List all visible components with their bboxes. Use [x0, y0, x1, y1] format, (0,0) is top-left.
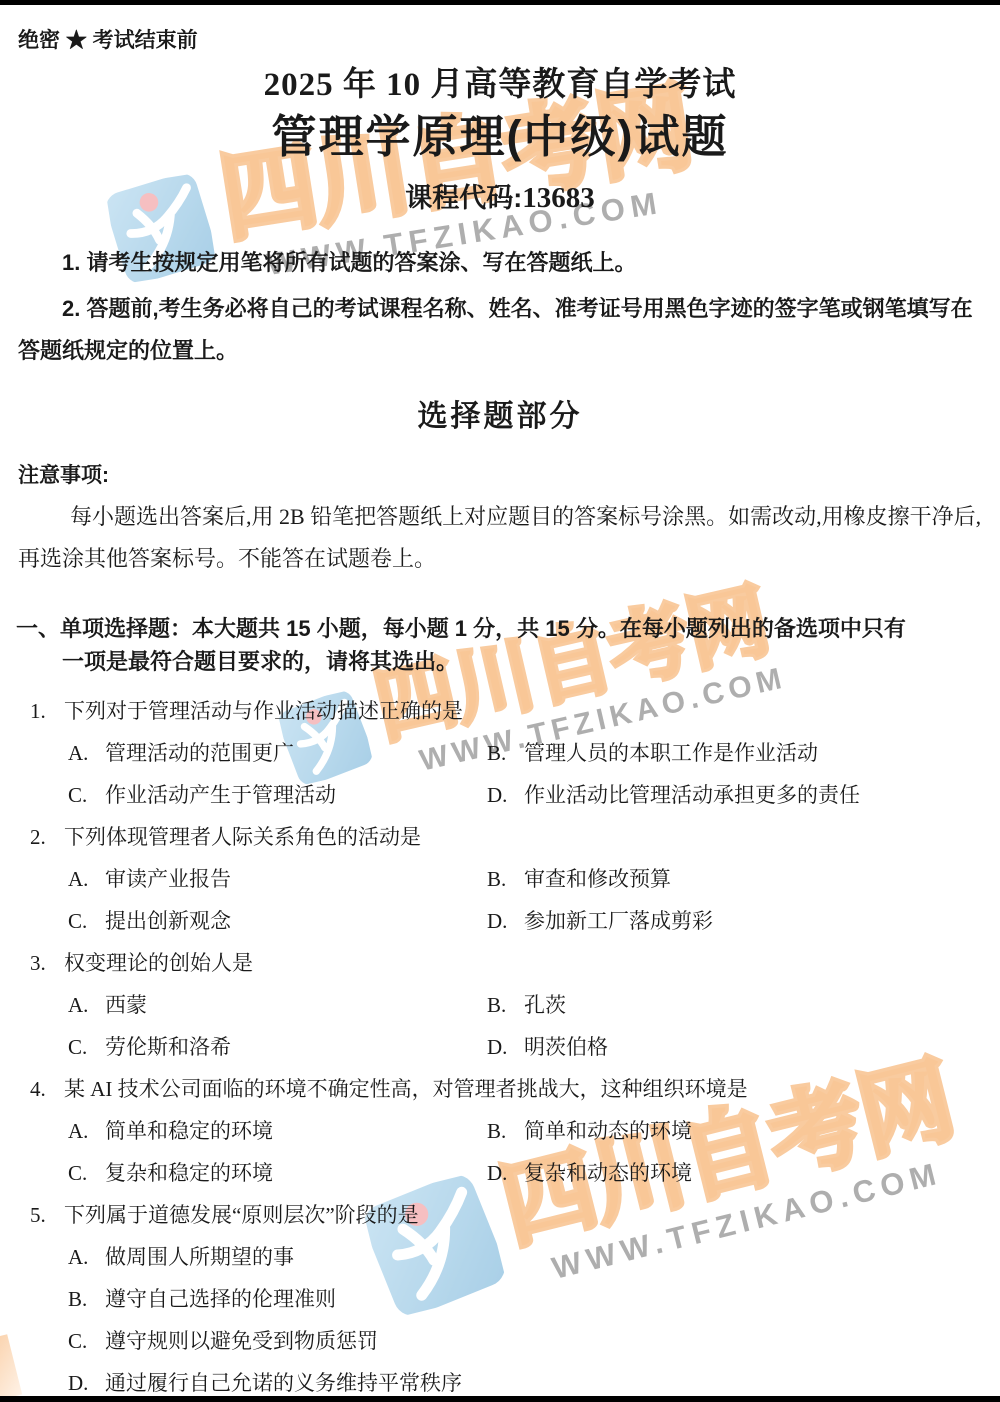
exam-session-title: 2025 年 10 月高等教育自学考试: [0, 58, 1000, 105]
question-line: 5.下列属于道德发展“原则层次”阶段的是: [30, 1194, 985, 1236]
option-label: C.: [68, 1152, 105, 1194]
option-label: D.: [487, 1026, 524, 1068]
question-block: 4.某 AI 技术公司面临的环境不确定性高，对管理者挑战大，这种组织环境是 A.…: [30, 1068, 985, 1194]
option-label: B.: [68, 1278, 105, 1320]
option-label: A.: [68, 984, 105, 1026]
option-text: 审读产业报告: [105, 867, 231, 891]
option-text: 西蒙: [105, 993, 147, 1017]
option-row: A.简单和稳定的环境 B.简单和动态的环境: [30, 1110, 985, 1152]
question-number: 5.: [30, 1194, 64, 1236]
option-label: D.: [487, 1152, 524, 1194]
option: A.做周围人所期望的事: [68, 1236, 985, 1278]
general-instructions: 1. 请考生按规定用笔将所有试题的答案涂、写在答题纸上。 2. 答题前,考生务必…: [18, 242, 985, 372]
question-block: 3.权变理论的创始人是 A.西蒙 B.孔茨 C.劳伦斯和洛希 D.明茨伯格: [30, 942, 985, 1068]
option-row: A.西蒙 B.孔茨: [30, 984, 985, 1026]
question-number: 2.: [30, 816, 64, 858]
option: D.参加新工厂落成剪彩: [487, 900, 985, 942]
question-number: 4.: [30, 1068, 64, 1110]
option: B.遵守自己选择的伦理准则: [68, 1278, 985, 1320]
option: C.作业活动产生于管理活动: [68, 774, 487, 816]
option-label: D.: [487, 900, 524, 942]
course-code-value: 13683: [522, 182, 595, 214]
option-label: A.: [68, 732, 105, 774]
option-row: D.通过履行自己允诺的义务维持平常秩序: [30, 1362, 985, 1402]
option: C.提出创新观念: [68, 900, 487, 942]
option: A.西蒙: [68, 984, 487, 1026]
option: C.劳伦斯和洛希: [68, 1026, 487, 1068]
option: B.简单和动态的环境: [487, 1110, 985, 1152]
option-row: A.做周围人所期望的事: [30, 1236, 985, 1278]
course-code: 课程代码:13683: [0, 176, 1000, 215]
option-text: 简单和动态的环境: [524, 1119, 692, 1143]
option: B.孔茨: [487, 984, 985, 1026]
option-text: 复杂和稳定的环境: [105, 1161, 273, 1185]
option-text: 提出创新观念: [105, 909, 231, 933]
watermark-fragment: [0, 1334, 22, 1399]
option: D.复杂和动态的环境: [487, 1152, 985, 1194]
option-row: C.复杂和稳定的环境 D.复杂和动态的环境: [30, 1152, 985, 1194]
option-text: 孔茨: [524, 993, 566, 1017]
question-text: 某 AI 技术公司面临的环境不确定性高，对管理者挑战大，这种组织环境是: [64, 1077, 748, 1101]
option: D.通过履行自己允诺的义务维持平常秩序: [68, 1362, 985, 1402]
option: D.明茨伯格: [487, 1026, 985, 1068]
option-label: A.: [68, 1110, 105, 1152]
paper-title: 管理学原理(中级)试题: [0, 100, 1000, 165]
option-label: B.: [487, 1110, 524, 1152]
option-text: 作业活动比管理活动承担更多的责任: [524, 783, 860, 807]
option-text: 管理人员的本职工作是作业活动: [524, 741, 818, 765]
option-text: 审查和修改预算: [524, 867, 671, 891]
option-text: 参加新工厂落成剪彩: [524, 909, 713, 933]
option-label: A.: [68, 1236, 105, 1278]
option-row: A.审读产业报告 B.审查和修改预算: [30, 858, 985, 900]
option-row: C.遵守规则以避免受到物质惩罚: [30, 1320, 985, 1362]
option-text: 劳伦斯和洛希: [105, 1035, 231, 1059]
option-text: 做周围人所期望的事: [105, 1245, 294, 1269]
notice-label: 注意事项:: [18, 459, 109, 489]
option: C.复杂和稳定的环境: [68, 1152, 487, 1194]
option-text: 复杂和动态的环境: [524, 1161, 692, 1185]
option: A.管理活动的范围更广: [68, 732, 487, 774]
instruction-item: 1. 请考生按规定用笔将所有试题的答案涂、写在答题纸上。: [18, 242, 985, 284]
option: B.审查和修改预算: [487, 858, 985, 900]
question-text: 下列属于道德发展“原则层次”阶段的是: [64, 1203, 419, 1227]
question-line: 4.某 AI 技术公司面临的环境不确定性高，对管理者挑战大，这种组织环境是: [30, 1068, 985, 1110]
question-number: 1.: [30, 690, 64, 732]
exam-paper-page: 四川自考网 WWW.TFZIKAO.COM 四川自考网: [0, 0, 1000, 1402]
question-block: 2.下列体现管理者人际关系角色的活动是 A.审读产业报告 B.审查和修改预算 C…: [30, 816, 985, 942]
question-text: 下列对于管理活动与作业活动描述正确的是: [64, 699, 463, 723]
option-label: B.: [487, 858, 524, 900]
option-text: 遵守自己选择的伦理准则: [105, 1287, 336, 1311]
option-label: A.: [68, 858, 105, 900]
option-label: D.: [68, 1362, 105, 1402]
question-text: 下列体现管理者人际关系角色的活动是: [64, 825, 421, 849]
instruction-item: 2. 答题前,考生务必将自己的考试课程名称、姓名、准考证号用黑色字迹的签字笔或钢…: [18, 288, 985, 372]
question-number: 3.: [30, 942, 64, 984]
option: B.管理人员的本职工作是作业活动: [487, 732, 985, 774]
option: A.审读产业报告: [68, 858, 487, 900]
option-label: C.: [68, 900, 105, 942]
question-line: 3.权变理论的创始人是: [30, 942, 985, 984]
option-text: 作业活动产生于管理活动: [105, 783, 336, 807]
option-label: C.: [68, 1320, 105, 1362]
option-label: B.: [487, 984, 524, 1026]
option-row: B.遵守自己选择的伦理准则: [30, 1278, 985, 1320]
question-block: 5.下列属于道德发展“原则层次”阶段的是 A.做周围人所期望的事 B.遵守自己选…: [30, 1194, 985, 1402]
option-row: C.作业活动产生于管理活动 D.作业活动比管理活动承担更多的责任: [30, 774, 985, 816]
option-text: 简单和稳定的环境: [105, 1119, 273, 1143]
question-line: 2.下列体现管理者人际关系角色的活动是: [30, 816, 985, 858]
section-title: 选择题部分: [0, 391, 1000, 435]
option-text: 管理活动的范围更广: [105, 741, 294, 765]
option-text: 明茨伯格: [524, 1035, 608, 1059]
option: C.遵守规则以避免受到物质惩罚: [68, 1320, 985, 1362]
option-label: C.: [68, 774, 105, 816]
option-row: C.劳伦斯和洛希 D.明茨伯格: [30, 1026, 985, 1068]
option-row: A.管理活动的范围更广 B.管理人员的本职工作是作业活动: [30, 732, 985, 774]
option-label: C.: [68, 1026, 105, 1068]
option-label: B.: [487, 732, 524, 774]
option-text: 通过履行自己允诺的义务维持平常秩序: [105, 1371, 462, 1395]
option-text: 遵守规则以避免受到物质惩罚: [105, 1329, 378, 1353]
scan-top-edge: [0, 0, 1000, 5]
question-text: 权变理论的创始人是: [64, 951, 253, 975]
option: A.简单和稳定的环境: [68, 1110, 487, 1152]
option: D.作业活动比管理活动承担更多的责任: [487, 774, 985, 816]
notice-body: 每小题选出答案后,用 2B 铅笔把答题纸上对应题目的答案标号涂黑。如需改动,用橡…: [18, 496, 985, 580]
option-label: D.: [487, 774, 524, 816]
question-block: 1.下列对于管理活动与作业活动描述正确的是 A.管理活动的范围更广 B.管理人员…: [30, 690, 985, 816]
course-code-label: 课程代码:: [405, 183, 522, 213]
question-line: 1.下列对于管理活动与作业活动描述正确的是: [30, 690, 985, 732]
question-list: 1.下列对于管理活动与作业活动描述正确的是 A.管理活动的范围更广 B.管理人员…: [30, 690, 985, 1402]
classification-banner: 绝密 ★ 考试结束前: [18, 24, 198, 54]
mcq-section-heading: 一、单项选择题：本大题共 15 小题，每小题 1 分，共 15 分。在每小题列出…: [16, 612, 906, 678]
option-row: C.提出创新观念 D.参加新工厂落成剪彩: [30, 900, 985, 942]
